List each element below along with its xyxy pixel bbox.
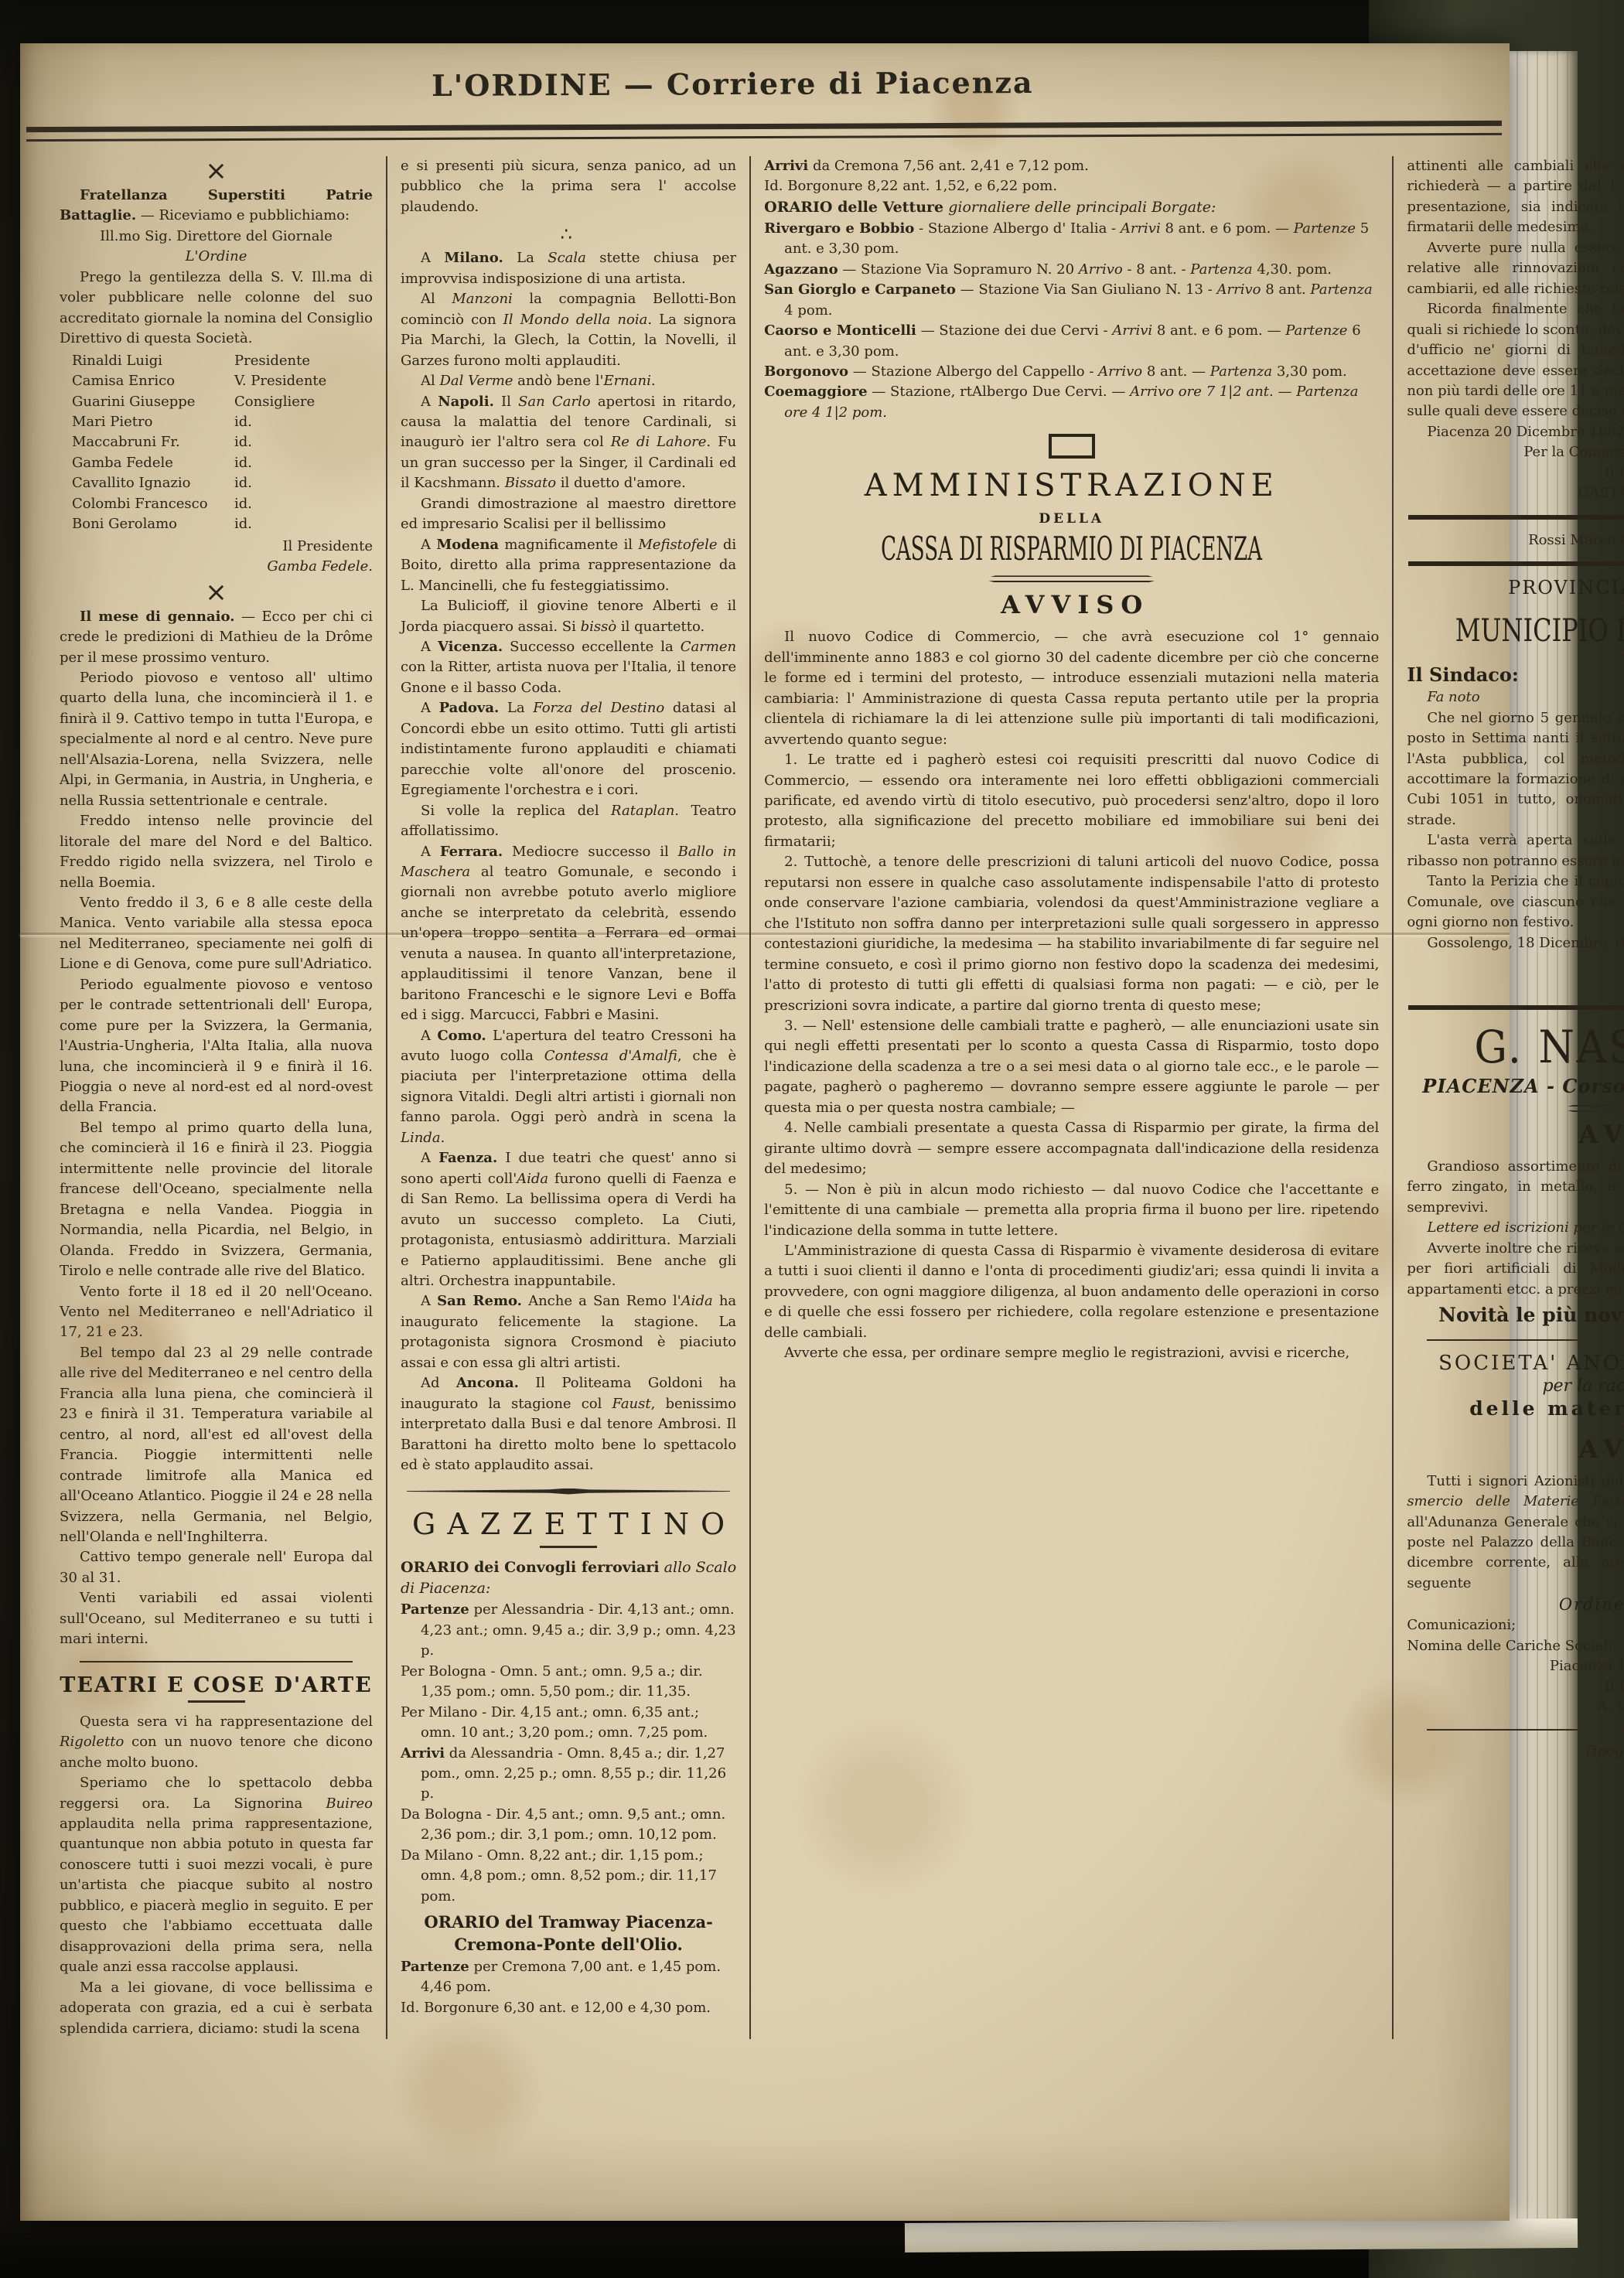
paragraph: Arrivi da Cremona 7,56 ant. 2,41 e 7,12 … [764, 156, 1379, 176]
paragraph: Borgonovo — Stazione Albergo del Cappell… [764, 362, 1379, 382]
council-member-row: Maccabruni Fr.id. [72, 432, 373, 452]
paragraph: Che nel giorno 5 gennaio p. v. a mezzodì… [1407, 708, 1624, 831]
news-modena: A Modena magnificamente il Mefistofele d… [401, 535, 736, 596]
gerente-line: Rossi Marco Gerente responsabile [1407, 530, 1624, 551]
paragraph: Da Bologna - Dir. 4,5 ant.; omn. 9,5 ant… [401, 1805, 736, 1846]
paragraph: Ma a lei giovane, di voce bellissima e a… [60, 1978, 373, 2039]
council-member-row: Camisa EnricoV. Presidente [72, 371, 373, 391]
paragraph: Tanto la Perizia che il capitolato sono … [1407, 871, 1624, 933]
signature-muggiani: A. MUGGIANI. [1407, 1697, 1624, 1717]
heading: delle materie fertilizzanti [1407, 1397, 1624, 1420]
paragraph: 4. Nelle cambiali presentate a questa Ca… [764, 1118, 1379, 1179]
paragraph: Id. Borgonure 8,22 ant. 1,52, e 6,22 pom… [764, 176, 1379, 196]
paragraph: Fa noto [1407, 687, 1624, 708]
news-padova: A Padova. La Forza del Destino datasi al… [401, 698, 736, 800]
member-role: id. [234, 473, 252, 493]
news-milano: A Milano. La Scala stette chiusa per imp… [401, 248, 736, 289]
article-fratellanza-lead: Fratellanza Superstiti Pa­trie Battaglie… [60, 186, 373, 227]
member-name: Mari Pietro [72, 412, 234, 432]
news-como: A Como. L'apertura del teatro Cressoni h… [401, 1026, 736, 1149]
council-member-row: Boni Gerolamoid. [72, 514, 373, 534]
paragraph: Grandioso assortimento di Corone Mortuar… [1407, 1157, 1624, 1218]
heading-underline-rule [1621, 652, 1624, 654]
paragraph: Al Manzoni la compagnia Bellotti-Bon com… [401, 289, 736, 371]
paragraph: Lettere ed iscrizioni per le Corone. [1407, 1218, 1624, 1238]
paragraph: 1. Le tratte ed i pagherò estesi coi req… [764, 750, 1379, 852]
council-member-row: Mari Pietroid. [72, 412, 373, 432]
paragraph: Cattivo tempo generale nell' Europa dal … [60, 1547, 373, 1588]
paragraph: Avverte che essa, per ordinare sempre me… [764, 1343, 1379, 1363]
dateline-piacenza: Piacenza 20 Dicembre 1882. [1407, 422, 1624, 442]
paragraph: Ricorda finalmente che la presentazione … [1407, 299, 1624, 422]
paragraph: Bel tempo al primo quarto della luna, ch… [60, 1118, 373, 1282]
paragraph: Prego la gentilezza della S. V. Ill.ma d… [60, 268, 373, 350]
masthead: L'ORDINE — Corriere di Piacenza [20, 66, 1510, 101]
paragraph: Tutti i signori Azionisti della Società … [1407, 1471, 1624, 1594]
member-role: id. [234, 412, 252, 432]
paragraph: Vento freddo il 3, 6 e 8 alle ceste dell… [60, 893, 373, 975]
divider-box-icon [1049, 434, 1095, 459]
paragraph: Periodo piovoso e ventoso all' ultimo qu… [60, 668, 373, 811]
paragraph: Il Presidente [1407, 1677, 1624, 1697]
council-member-row: Gamba Fedeleid. [72, 453, 373, 473]
paragraph: Gamba Fedele. [60, 557, 373, 577]
paragraph: Avverte pure nulla essere cambiato nelle… [1407, 238, 1624, 299]
member-role: id. [234, 432, 252, 452]
member-name: Camisa Enrico [72, 371, 234, 391]
column-3: Arrivi da Cremona 7,56 ant. 2,41 e 7,12 … [749, 156, 1392, 2039]
paragraph: Bel tempo dal 23 al 29 nelle contrade al… [60, 1343, 373, 1548]
orario-convogli-heading: ORARIO dei Convogli ferroviari allo Scal… [401, 1557, 736, 1601]
paragraph: Per Milano - Dir. 4,15 ant.; omn. 6,35 a… [401, 1703, 736, 1744]
column-1: ×Fratellanza Superstiti Pa­trie Battagli… [46, 156, 386, 2039]
paragraph: 3. — Nell' estensione delle cambiali tra… [764, 1016, 1379, 1118]
signature-marchesi: Camillo Marchesi. [1407, 974, 1624, 994]
member-role: Presidente [234, 351, 310, 371]
news-napoli: A Napoli. Il San Carlo apertosi in ritar… [401, 392, 736, 494]
paragraph: Grandi dimostrazione al maestro direttor… [401, 494, 736, 535]
masthead-double-rule [26, 121, 1502, 142]
cross-divider-icon: × [60, 158, 373, 184]
paragraph: Per Bologna - Omn. 5 ant.; omn. 9,5 a.; … [401, 1662, 736, 1703]
section-divider-rule [1408, 561, 1624, 566]
avviso-heading: AVVISO [1407, 1434, 1624, 1464]
section-divider-rule [1408, 515, 1624, 520]
amministrazione-heading: AMMINISTRAZIONE [764, 468, 1379, 503]
paragraph: 2. Tuttochè, a tenore delle prescrizioni… [764, 852, 1379, 1016]
council-list: Rinaldi LuigiPresidenteCamisa EnricoV. P… [72, 351, 373, 535]
column-4: attinenti alle cambiali che entrano nel … [1392, 156, 1624, 2039]
paragraph: Si volle la replica del Rataplan. Teatro… [401, 801, 736, 842]
news-faenza: A Faenza. I due teatri che quest' anno s… [401, 1148, 736, 1291]
orario-vetture-heading: ORARIO delle Vetture giornaliere delle p… [764, 197, 1379, 219]
section-heading-gazzettino: GAZZETTINO [401, 1507, 736, 1541]
paragraph: Da Milano - Omn. 8,22 ant.; dir. 1,15 po… [401, 1846, 736, 1907]
section-divider-rule [407, 1489, 730, 1495]
paragraph: Arrivi da Alessandria - Omn. 8,45 a.; di… [401, 1744, 736, 1805]
flourish-divider [983, 575, 1161, 582]
paragraph: 5. — Non è più in alcun modo richiesto —… [764, 1180, 1379, 1241]
news-vicenza: A Vicenza. Successo eccellente la Carmen… [401, 637, 736, 698]
cross-divider-icon: × [60, 579, 373, 605]
dateline-piacenza-16: Piacenza 16 dicembre 1882. [1407, 1656, 1624, 1676]
council-member-row: Cavallito Ignazioid. [72, 473, 373, 493]
paragraph: Partenze per Alessandria - Dir. 4,13 ant… [401, 1600, 736, 1661]
paragraph: Partenze per Cremona 7,00 ant. e 1,45 po… [401, 1957, 736, 1998]
paragraph: La Bulicioff, il giovine tenore Alberti … [401, 596, 736, 637]
societa-heading: SOCIETA' ANONIMA PIACENTINA [1407, 1352, 1624, 1375]
paragraph: attinenti alle cambiali che entrano nel … [1407, 156, 1624, 238]
member-name: Rinaldi Luigi [72, 351, 234, 371]
paragraph: Ill.mo Sig. Direttore del Giornale [60, 227, 373, 247]
paragraph: Rivergaro e Bobbio - Stazione Albergo d'… [764, 219, 1379, 260]
news-sanremo: A San Remo. Anche a San Remo l'Aida ha i… [401, 1291, 736, 1373]
ordine-giorno-heading: Ordine del Giorno: [1407, 1595, 1624, 1614]
member-role: id. [234, 453, 252, 473]
paragraph: Al Dal Verme andò bene l'Ernani. [401, 371, 736, 391]
paragraph: Nomina delle Cariche Sociali. [1407, 1636, 1624, 1656]
paragraph: Caorso e Monticelli — Stazione dei due C… [764, 321, 1379, 362]
member-role: Consigliere [234, 392, 315, 412]
heading: PIACENZA - Corso Garibaldi - PIACENZA [1407, 1075, 1624, 1097]
paragraph: L'asta verrà aperta sulla somma di L. 73… [1407, 830, 1624, 871]
heading: per la raccolta e smercio [1407, 1376, 1624, 1396]
archive-photo: { "page": { "masthead_title": "L'ORDINE … [0, 0, 1624, 2278]
paragraph: Speriamo che lo spettacolo debba reggers… [60, 1773, 373, 1978]
section-divider-rule [80, 1661, 353, 1662]
avviso-heading: AVVISO [1407, 1120, 1624, 1149]
flourish-divider [1561, 1105, 1624, 1112]
section-divider-rule [1408, 1005, 1624, 1010]
member-role: id. [234, 514, 252, 534]
member-role: V. Presidente [234, 371, 326, 391]
council-member-row: Rinaldi LuigiPresidente [72, 351, 373, 371]
news-ancona: Ad Ancona. Il Politeama Goldoni ha inaug… [401, 1373, 736, 1475]
paragraph: Avverte inoltre che riceve ed eseguisce … [1407, 1239, 1624, 1300]
paragraph: e si presenti più sicura, senza panico, … [401, 156, 736, 217]
masthead-title: L'ORDINE — Corriere di Piacenza [432, 65, 1034, 103]
paragraph: Il Presidente [60, 537, 373, 557]
council-member-row: Colombi Francescoid. [72, 494, 373, 514]
member-name: Cavallito Ignazio [72, 473, 234, 493]
asterism-divider-icon: ∴ [401, 225, 736, 244]
paragraph: Comunicazioni; [1407, 1615, 1624, 1635]
paragraph: Vento forte il 18 ed il 20 nell'Oceano. … [60, 1282, 373, 1343]
heading-underline-rule [1621, 602, 1624, 604]
member-role: id. [234, 494, 252, 514]
signature-grandi: GAETANO GRANDI. [1407, 483, 1624, 503]
article-mese-gennaio-lead: Il mese di gennaio. — Ecco per chi ci cr… [60, 607, 373, 668]
heading-underline-rule [540, 1546, 597, 1548]
sindaco-heading: Il Sindaco: [1407, 663, 1624, 686]
paragraph: Id. Borgonure 6,30 ant. e 12,00 e 4,30 p… [401, 1998, 736, 2018]
column-2: e si presenti più sicura, senza panico, … [386, 156, 749, 2039]
paragraph: Periodo egualmente piovoso e ventoso per… [60, 975, 373, 1118]
news-ferrara: A Ferrara. Mediocre successo il Ballo in… [401, 842, 736, 1026]
paragraph: L'Ordine [60, 247, 373, 267]
avviso-heading: AVVISO [764, 590, 1379, 619]
cassa-risparmio-heading: CASSA DI RISPARMIO DI PIACENZA [881, 530, 1262, 568]
book-page-edge-bottom [905, 2218, 1578, 2252]
council-member-row: Guarini GiuseppeConsigliere [72, 392, 373, 412]
newspaper-page: L'ORDINE — Corriere di Piacenza ×Fratell… [20, 43, 1510, 2221]
novita-heading: Novità le più novità in articoli di luss… [1407, 1303, 1624, 1328]
paragraph: Agazzano — Stazione Via Sopramuro N. 20 … [764, 260, 1379, 280]
paragraph: Venti variabili ed assai violenti sull'O… [60, 1588, 373, 1649]
tipografia-line: Tipografia Sociale. [1407, 1741, 1624, 1761]
orario-tramway-heading: ORARIO del Tramway Piacenza-Cremona-Pont… [401, 1911, 736, 1956]
paragraph: Il Presidente [1407, 463, 1624, 483]
municipio-heading: MUNICIPIO DI GOSSOLENGO [1455, 613, 1624, 649]
column-grid: ×Fratellanza Superstiti Pa­trie Battagli… [46, 156, 1404, 2039]
member-name: Boni Gerolamo [72, 514, 234, 534]
heading: DELLA [764, 511, 1379, 527]
paragraph: Il nuovo Codice di Commercio, — che avrà… [764, 627, 1379, 750]
member-name: Maccabruni Fr. [72, 432, 234, 452]
section-heading-teatri: TEATRI E COSE D'ARTE [60, 1673, 373, 1697]
member-name: Guarini Giuseppe [72, 392, 234, 412]
nastrucci-ad-heading: G. NASTRUCCI [1426, 1021, 1624, 1073]
paragraph: Freddo intenso nelle provincie del litor… [60, 811, 373, 893]
paragraph: San Giorglo e Carpaneto — Stazione Via S… [764, 280, 1379, 321]
paragraph: Coemaggiore — Stazione, rtAlbergo Due Ce… [764, 382, 1379, 423]
dateline-gossolengo: Gossolengo, 18 Dicembre 1882. [1407, 933, 1624, 953]
paragraph: Per la Commissione Amministrativa [1407, 442, 1624, 462]
provincia-heading: PROVINCIA DI PIACENZA [1407, 577, 1624, 598]
paragraph: L'Assessore [1407, 953, 1624, 974]
paragraph: Questa sera vi ha rappresentazione del R… [60, 1712, 373, 1773]
paragraph: L'Amministrazione di questa Cassa di Ris… [764, 1241, 1379, 1343]
member-name: Colombi Francesco [72, 494, 234, 514]
heading-underline-rule [188, 1700, 245, 1703]
heading-underline-rule [1621, 1423, 1624, 1425]
section-divider-rule [1427, 1729, 1624, 1731]
section-divider-rule [1427, 1339, 1624, 1341]
member-name: Gamba Fedele [72, 453, 234, 473]
